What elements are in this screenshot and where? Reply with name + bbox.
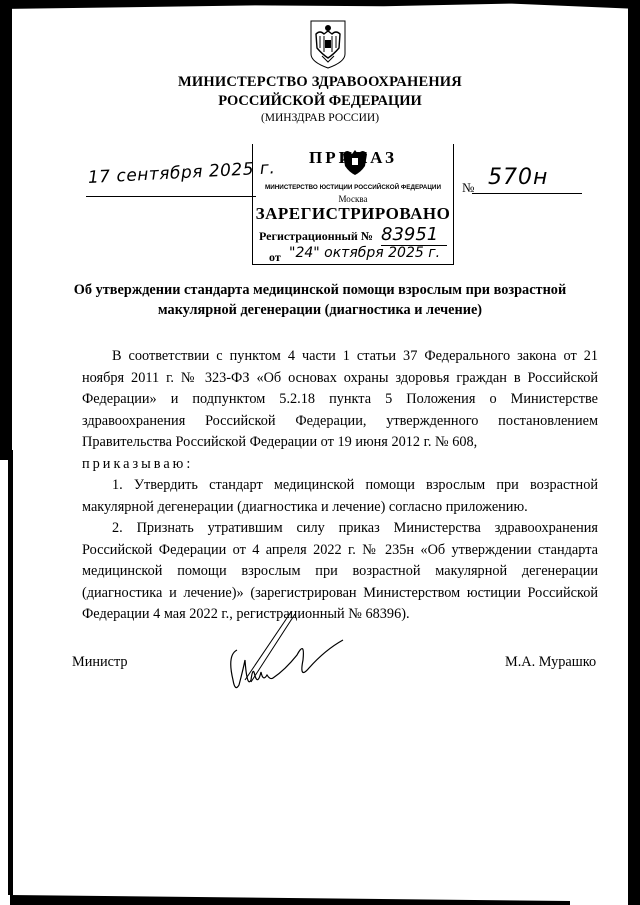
ministry-name-line2: РОССИЙСКОЙ ФЕДЕРАЦИИ — [0, 93, 640, 110]
ministry-name-line1: МИНИСТЕРСТВО ЗДРАВООХРАНЕНИЯ — [0, 74, 640, 91]
order-date-handwritten: 17 сентября 2025 г. — [87, 158, 275, 188]
scan-border-bottom — [10, 895, 570, 905]
stamp-date-value: "24" октября 2025 г. — [289, 245, 440, 261]
handwritten-signature — [225, 610, 345, 700]
stamp-eagle-icon — [341, 146, 369, 176]
stamp-reg-number: 83951 — [381, 224, 447, 246]
coat-of-arms-icon — [308, 18, 348, 70]
stamp-date-label: от — [269, 250, 281, 265]
signatory-role: Министр — [72, 654, 128, 671]
date-underline — [86, 196, 256, 197]
scan-border-left — [0, 0, 12, 460]
registration-stamp: ПРИКАЗ МИНИСТЕРСТВО ЮСТИЦИИ РОССИЙСКОЙ Ф… — [252, 144, 454, 265]
order-number-handwritten: 570н — [488, 165, 548, 190]
order-word: приказываю: — [82, 454, 598, 476]
document-body: В соответствии с пунктом 4 части 1 стать… — [82, 346, 598, 626]
stamp-reg-label: Регистрационный № — [259, 229, 373, 244]
scan-border-left-thin — [8, 450, 13, 895]
order-item-1: 1. Утвердить стандарт медицинской помощи… — [82, 475, 598, 518]
stamp-city: Москва — [253, 194, 453, 204]
document-title: Об утверждении стандарта медицинской пом… — [50, 280, 590, 320]
preamble-paragraph: В соответствии с пунктом 4 части 1 стать… — [82, 346, 598, 454]
stamp-status: ЗАРЕГИСТРИРОВАНО — [253, 204, 453, 224]
ministry-short-name: (МИНЗДРАВ РОССИИ) — [0, 112, 640, 124]
signatory-name: М.А. Мурашко — [505, 654, 596, 671]
stamp-ministry: МИНИСТЕРСТВО ЮСТИЦИИ РОССИЙСКОЙ ФЕДЕРАЦИ… — [253, 184, 453, 191]
scan-border-top — [0, 0, 640, 9]
scan-border-right — [628, 0, 640, 905]
number-underline — [472, 193, 582, 194]
